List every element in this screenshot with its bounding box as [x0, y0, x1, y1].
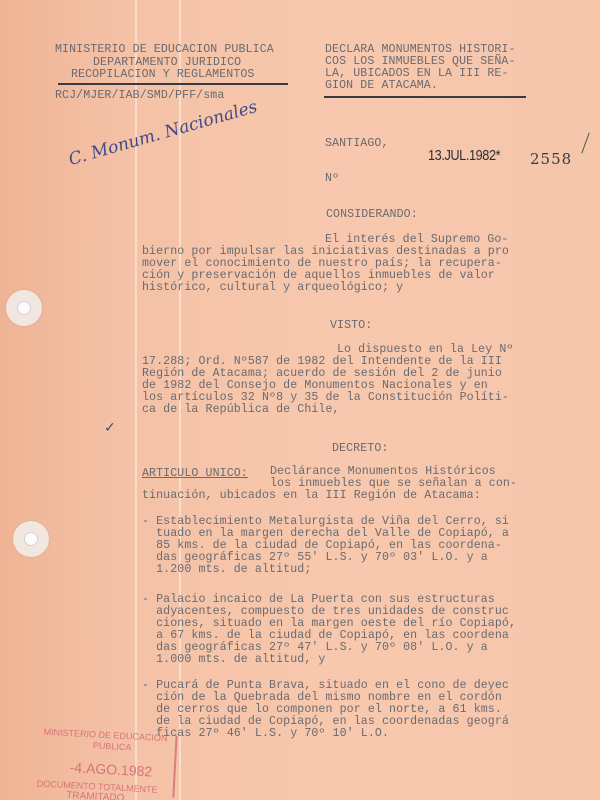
article-label: ARTICULO UNICO: — [142, 468, 248, 480]
number-label: Nº — [325, 173, 339, 185]
text-line: 1.000 mts. de altitud, y — [142, 654, 326, 666]
reference-code: RCJ/MJER/IAB/SMD/PFF/sma — [55, 90, 224, 102]
subject-rule — [324, 96, 526, 98]
article-text: tinuación, ubicados en la III Región de … — [142, 490, 481, 502]
text-line: ca de la República de Chile, — [142, 404, 340, 416]
subject-line: GION DE ATACAMA. — [325, 80, 438, 92]
check-mark: ✓ — [104, 420, 116, 436]
slash-mark — [581, 132, 589, 153]
visto-heading: VISTO: — [330, 320, 372, 332]
text-line: histórico, cultural y arqueológico; y — [142, 282, 403, 294]
header-rule — [58, 83, 288, 85]
city: SANTIAGO, — [325, 138, 389, 150]
decreto-heading: DECRETO: — [332, 443, 388, 455]
header-line: MINISTERIO DE EDUCACION PUBLICA — [55, 44, 274, 56]
receipt-stamp: MINISTERIO DE EDUCACION PUBLICA -4.AGO.1… — [28, 724, 182, 800]
stamp-date: -4.AGO.1982 — [69, 759, 152, 779]
punch-hole — [6, 290, 42, 326]
stamp-border — [172, 736, 177, 798]
document-number: 2558 — [530, 150, 572, 168]
stamp-text: PUBLICA — [93, 740, 132, 752]
stamped-date: 13.JUL.1982* — [428, 147, 500, 164]
punch-hole — [13, 521, 49, 557]
paper-fold — [135, 0, 137, 800]
considerando-heading: CONSIDERANDO: — [326, 209, 418, 221]
header-line: RECOPILACION Y REGLAMENTOS — [71, 69, 255, 81]
text-line: 1.200 mts. de altitud; — [142, 564, 311, 576]
handwritten-note: C. Monum. Nacionales — [66, 97, 259, 170]
